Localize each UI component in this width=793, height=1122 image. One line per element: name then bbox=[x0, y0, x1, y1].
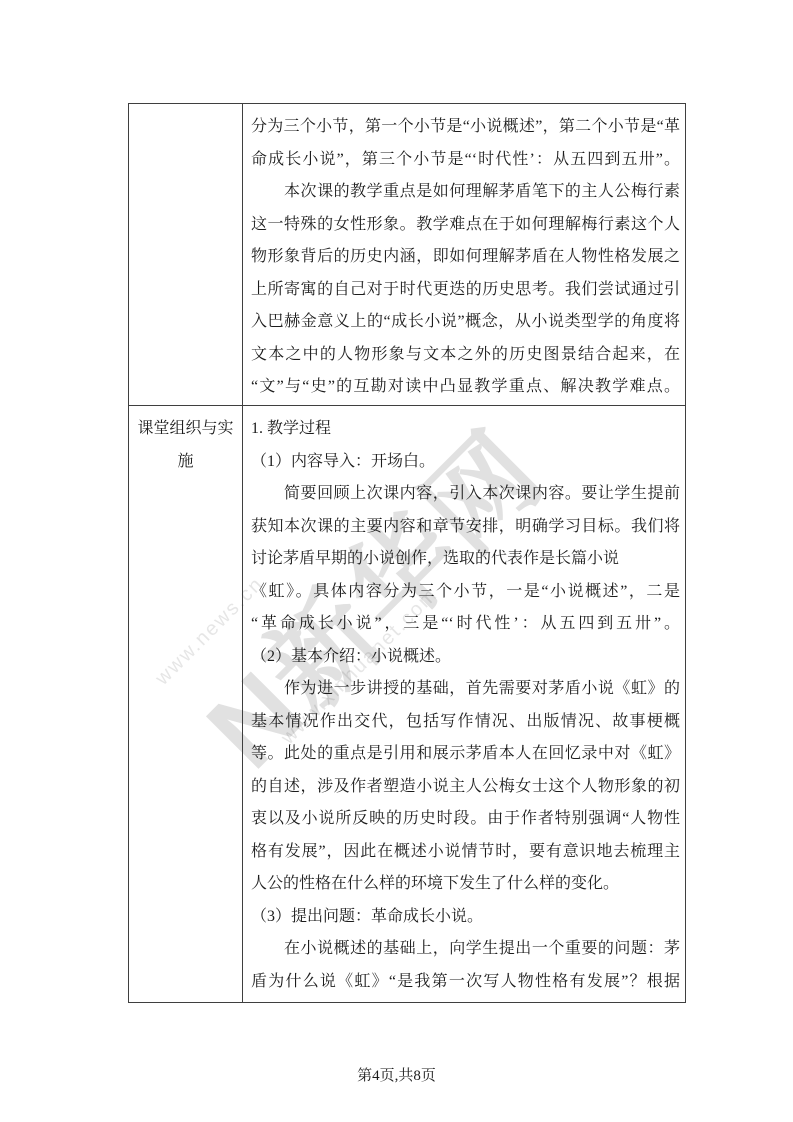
paragraph-line: 本次课的教学重点是如何理解茅盾笔下的主人公梅行素 bbox=[251, 176, 680, 209]
paragraph-line: 文本之中的人物形象与文本之外的历史图景结合起来，在 bbox=[251, 339, 680, 372]
table-row-continued: 分为三个小节，第一个小节是“小说概述”，第二个小节是“革 命成长小说”，第三个小… bbox=[129, 104, 685, 406]
paragraph-line: “文”与“史”的互勘对读中凸显教学重点、解决教学难点。 bbox=[251, 371, 680, 404]
paragraph-line: 人公的性格在什么样的环境下发生了什么样的变化。 bbox=[251, 868, 680, 901]
paragraph-line: 这一特殊的女性形象。教学难点在于如何理解梅行素这个人 bbox=[251, 209, 680, 242]
paragraph-line: 入巴赫金意义上的“成长小说”概念，从小说类型学的角度将 bbox=[251, 306, 680, 339]
paragraph-line: 盾为什么说《虹》“是我第一次写人物性格有发展”？根据 bbox=[251, 966, 680, 999]
paragraph-line: “革命成长小说”，三是“‘时代性’：从五四到五卅”。 bbox=[251, 608, 680, 641]
paragraph-line: （3）提出问题：革命成长小说。 bbox=[251, 901, 680, 934]
paragraph-line: 获知本次课的主要内容和章节安排，明确学习目标。我们将 bbox=[251, 511, 680, 544]
row-header-empty bbox=[129, 104, 243, 405]
paragraph-line: 格有发展”，因此在概述小说情节时，要有意识地去梳理主 bbox=[251, 836, 680, 869]
page-number-footer: 第4页,共8页 bbox=[0, 1064, 793, 1085]
paragraph-line: （1）内容导入：开场白。 bbox=[251, 446, 680, 479]
paragraph-line: 简要回顾上次课内容，引入本次课内容。要让学生提前 bbox=[251, 478, 680, 511]
paragraph-line: 作为进一步讲授的基础，首先需要对茅盾小说《虹》的 bbox=[251, 673, 680, 706]
row-header-classroom-organization: 课堂组织与实 施 bbox=[129, 406, 243, 1002]
paragraph-line: 在小说概述的基础上，向学生提出一个重要的问题：茅 bbox=[251, 933, 680, 966]
row-header-line: 课堂组织与实 bbox=[129, 413, 242, 446]
row-body-continued: 分为三个小节，第一个小节是“小说概述”，第二个小节是“革 命成长小说”，第三个小… bbox=[243, 104, 685, 405]
paragraph-line: 的自述，涉及作者塑造小说主人公梅女士这个人物形象的初 bbox=[251, 771, 680, 804]
table-row-classroom-organization: 课堂组织与实 施 1. 教学过程 （1）内容导入：开场白。 简要回顾上次课内容，… bbox=[129, 406, 685, 1002]
paragraph-line: 分为三个小节，第一个小节是“小说概述”，第二个小节是“革 bbox=[251, 111, 680, 144]
document-page: { "colors": { "text": "#1c1c1c", "table_… bbox=[0, 0, 793, 1122]
paragraph-line: 《虹》。具体内容分为三个小节，一是“小说概述”，二是 bbox=[251, 576, 680, 609]
paragraph-line: （2）基本介绍：小说概述。 bbox=[251, 641, 680, 674]
lesson-plan-table: 分为三个小节，第一个小节是“小说概述”，第二个小节是“革 命成长小说”，第三个小… bbox=[128, 103, 686, 1003]
paragraph-line: 讨论茅盾早期的小说创作，选取的代表作是长篇小说 bbox=[251, 543, 680, 576]
paragraph-line: 上所寄寓的自己对于时代更迭的历史思考。我们尝试通过引 bbox=[251, 274, 680, 307]
paragraph-line: 物形象背后的历史内涵，即如何理解茅盾在人物性格发展之 bbox=[251, 241, 680, 274]
row-header-line: 施 bbox=[129, 446, 242, 479]
paragraph-line: 命成长小说”，第三个小节是“‘时代性’：从五四到五卅”。 bbox=[251, 144, 680, 177]
paragraph-line: 等。此处的重点是引用和展示茅盾本人在回忆录中对《虹》 bbox=[251, 738, 680, 771]
paragraph-line: 基本情况作出交代，包括写作情况、出版情况、故事梗概 bbox=[251, 706, 680, 739]
paragraph-line: 衷以及小说所反映的历史时段。由于作者特别强调“人物性 bbox=[251, 803, 680, 836]
paragraph-line: 1. 教学过程 bbox=[251, 413, 680, 446]
row-body-teaching-process: 1. 教学过程 （1）内容导入：开场白。 简要回顾上次课内容，引入本次课内容。要… bbox=[243, 406, 685, 1002]
